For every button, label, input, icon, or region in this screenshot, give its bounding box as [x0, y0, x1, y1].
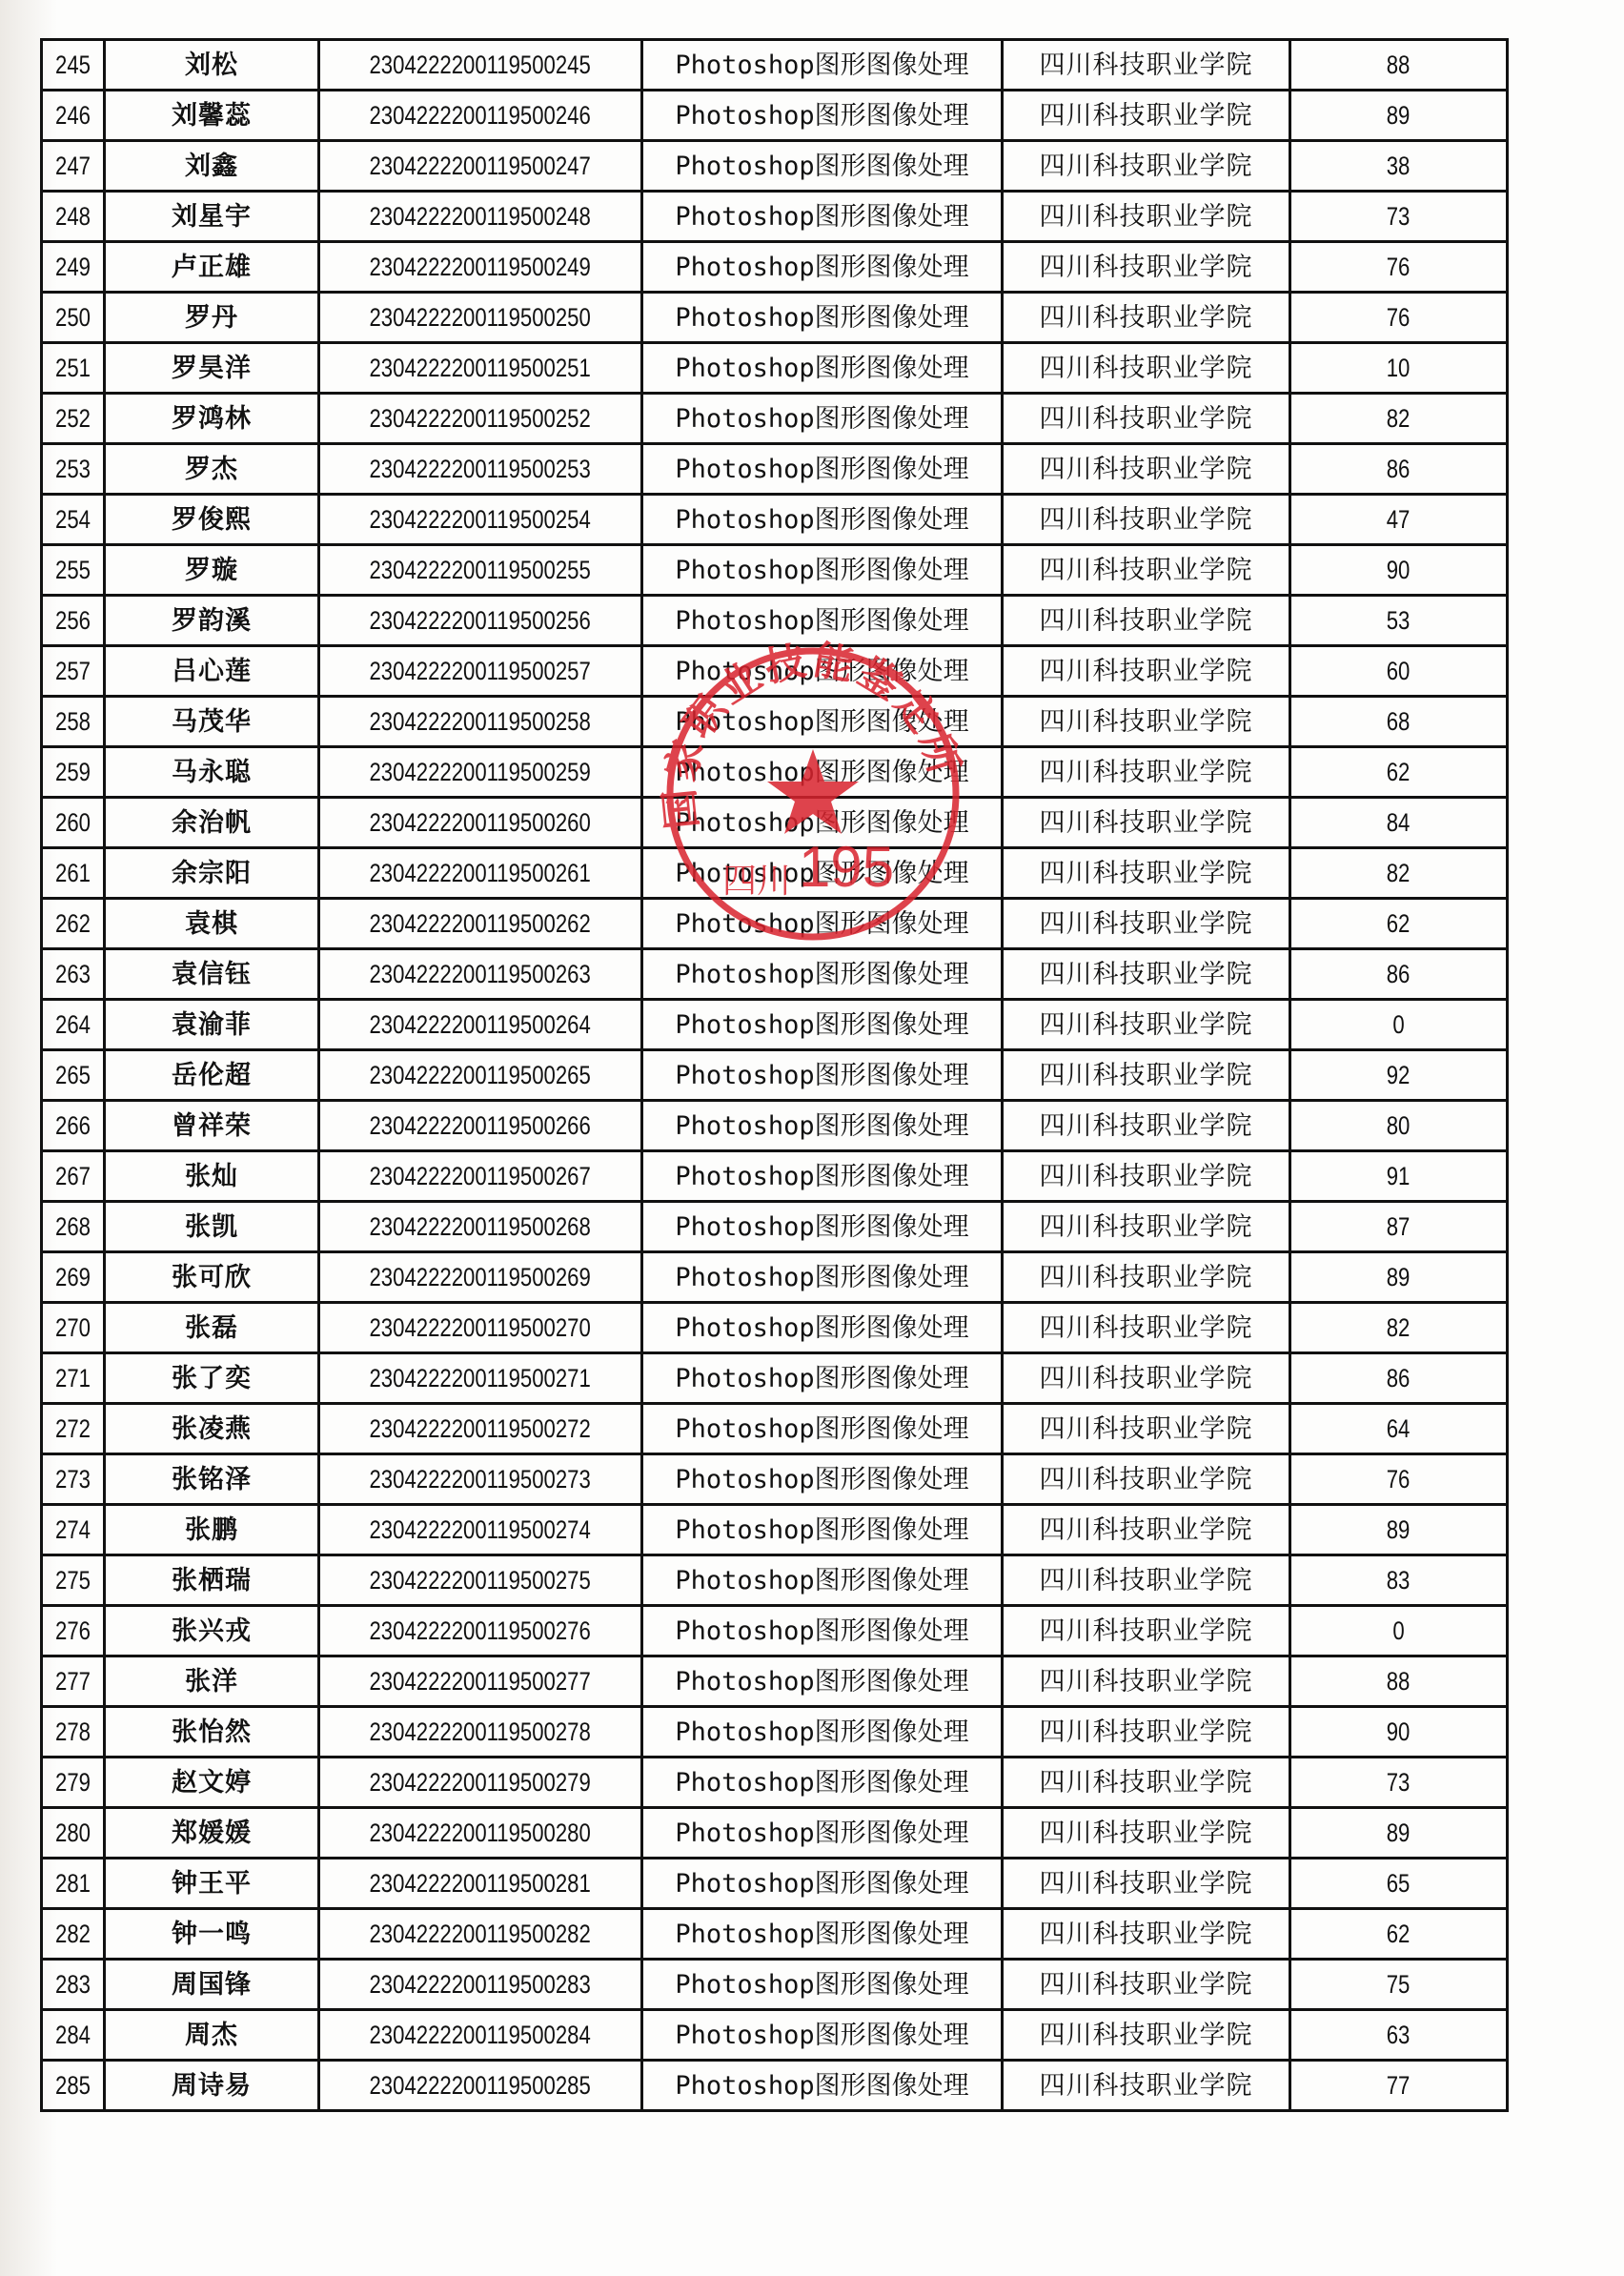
ticket-number-cell-text: 2304222200119500247	[370, 153, 591, 179]
ticket-number-cell-text: 2304222200119500264	[370, 1012, 591, 1038]
seq-cell: 259	[42, 747, 105, 798]
school-cell: 四川科技职业学院	[1003, 1252, 1290, 1303]
seq-cell-text: 261	[55, 861, 91, 886]
seq-cell: 260	[42, 798, 105, 848]
seq-cell-text: 246	[55, 103, 91, 129]
score-cell: 75	[1290, 1960, 1508, 2010]
ticket-number-cell: 2304222200119500256	[319, 596, 642, 646]
ticket-number-cell-text: 2304222200119500270	[370, 1315, 591, 1341]
score-cell: 38	[1290, 141, 1508, 192]
table-row: 277张洋2304222200119500277Photoshop图形图像处理四…	[42, 1656, 1508, 1707]
name-cell: 罗昊洋	[105, 343, 319, 394]
seq-cell-text: 248	[55, 204, 91, 230]
course-cell: Photoshop图形图像处理	[642, 1151, 1003, 1202]
score-cell: 62	[1290, 747, 1508, 798]
course-cell: Photoshop图形图像处理	[642, 1909, 1003, 1960]
seq-cell-text: 263	[55, 962, 91, 987]
score-cell-text: 64	[1387, 1416, 1411, 1442]
course-cell: Photoshop图形图像处理	[642, 1707, 1003, 1758]
seq-cell: 258	[42, 697, 105, 747]
score-cell: 89	[1290, 91, 1508, 141]
school-cell: 四川科技职业学院	[1003, 394, 1290, 444]
table-row: 269张可欣2304222200119500269Photoshop图形图像处理…	[42, 1252, 1508, 1303]
score-cell-text: 0	[1392, 1012, 1404, 1038]
score-cell-text: 76	[1387, 254, 1411, 280]
table-row: 248刘星宇2304222200119500248Photoshop图形图像处理…	[42, 192, 1508, 242]
ticket-number-cell-text: 2304222200119500283	[370, 1972, 591, 1998]
ticket-number-cell-text: 2304222200119500274	[370, 1517, 591, 1543]
table-row: 284周杰2304222200119500284Photoshop图形图像处理四…	[42, 2010, 1508, 2061]
school-cell: 四川科技职业学院	[1003, 1555, 1290, 1606]
seq-cell-text: 265	[55, 1063, 91, 1088]
ticket-number-cell-text: 2304222200119500276	[370, 1618, 591, 1644]
ticket-number-cell-text: 2304222200119500273	[370, 1467, 591, 1493]
name-cell: 罗丹	[105, 293, 319, 343]
name-cell: 张怡然	[105, 1707, 319, 1758]
score-cell: 76	[1290, 242, 1508, 293]
score-cell-text: 62	[1387, 911, 1411, 937]
table-row: 268张凯2304222200119500268Photoshop图形图像处理四…	[42, 1202, 1508, 1252]
seq-cell-text: 272	[55, 1416, 91, 1442]
seq-cell: 265	[42, 1050, 105, 1101]
course-cell: Photoshop图形图像处理	[642, 1101, 1003, 1151]
course-cell: Photoshop图形图像处理	[642, 646, 1003, 697]
score-cell-text: 73	[1387, 204, 1411, 230]
score-cell-text: 82	[1387, 861, 1411, 886]
school-cell: 四川科技职业学院	[1003, 1202, 1290, 1252]
name-cell: 袁渝菲	[105, 1000, 319, 1050]
ticket-number-cell-text: 2304222200119500252	[370, 406, 591, 432]
school-cell: 四川科技职业学院	[1003, 1404, 1290, 1454]
seq-cell: 272	[42, 1404, 105, 1454]
table-row: 264袁渝菲2304222200119500264Photoshop图形图像处理…	[42, 1000, 1508, 1050]
ticket-number-cell: 2304222200119500263	[319, 949, 642, 1000]
score-cell-text: 68	[1387, 709, 1411, 735]
seq-cell: 279	[42, 1758, 105, 1808]
course-cell: Photoshop图形图像处理	[642, 40, 1003, 91]
score-cell-text: 82	[1387, 406, 1411, 432]
table-row: 280郑媛媛2304222200119500280Photoshop图形图像处理…	[42, 1808, 1508, 1859]
ticket-number-cell: 2304222200119500258	[319, 697, 642, 747]
ticket-number-cell: 2304222200119500261	[319, 848, 642, 899]
ticket-number-cell-text: 2304222200119500267	[370, 1164, 591, 1189]
name-cell: 张灿	[105, 1151, 319, 1202]
table-row: 265岳伦超2304222200119500265Photoshop图形图像处理…	[42, 1050, 1508, 1101]
seq-cell-text: 269	[55, 1265, 91, 1290]
ticket-number-cell-text: 2304222200119500285	[370, 2073, 591, 2099]
score-cell: 0	[1290, 1000, 1508, 1050]
seq-cell-text: 281	[55, 1871, 91, 1897]
school-cell: 四川科技职业学院	[1003, 141, 1290, 192]
ticket-number-cell: 2304222200119500254	[319, 495, 642, 545]
seq-cell-text: 251	[55, 356, 91, 381]
score-cell: 65	[1290, 1859, 1508, 1909]
table-row: 259马永聪2304222200119500259Photoshop图形图像处理…	[42, 747, 1508, 798]
name-cell: 张了奕	[105, 1353, 319, 1404]
score-cell-text: 89	[1387, 103, 1411, 129]
table-row: 285周诗易2304222200119500285Photoshop图形图像处理…	[42, 2061, 1508, 2111]
score-cell: 47	[1290, 495, 1508, 545]
seq-cell-text: 264	[55, 1012, 91, 1038]
score-cell: 83	[1290, 1555, 1508, 1606]
school-cell: 四川科技职业学院	[1003, 545, 1290, 596]
ticket-number-cell-text: 2304222200119500257	[370, 659, 591, 684]
course-cell: Photoshop图形图像处理	[642, 444, 1003, 495]
course-cell: Photoshop图形图像处理	[642, 343, 1003, 394]
school-cell: 四川科技职业学院	[1003, 1909, 1290, 1960]
ticket-number-cell: 2304222200119500278	[319, 1707, 642, 1758]
ticket-number-cell: 2304222200119500269	[319, 1252, 642, 1303]
score-cell-text: 86	[1387, 1366, 1411, 1392]
ticket-number-cell: 2304222200119500249	[319, 242, 642, 293]
score-cell: 90	[1290, 1707, 1508, 1758]
table-row: 255罗璇2304222200119500255Photoshop图形图像处理四…	[42, 545, 1508, 596]
ticket-number-cell-text: 2304222200119500275	[370, 1568, 591, 1594]
name-cell: 周国锋	[105, 1960, 319, 2010]
course-cell: Photoshop图形图像处理	[642, 293, 1003, 343]
school-cell: 四川科技职业学院	[1003, 1505, 1290, 1555]
course-cell: Photoshop图形图像处理	[642, 1859, 1003, 1909]
score-cell-text: 80	[1387, 1113, 1411, 1139]
seq-cell-text: 250	[55, 305, 91, 331]
ticket-number-cell-text: 2304222200119500266	[370, 1113, 591, 1139]
course-cell: Photoshop图形图像处理	[642, 1808, 1003, 1859]
seq-cell: 273	[42, 1454, 105, 1505]
seq-cell: 255	[42, 545, 105, 596]
ticket-number-cell: 2304222200119500273	[319, 1454, 642, 1505]
school-cell: 四川科技职业学院	[1003, 1758, 1290, 1808]
score-cell: 86	[1290, 949, 1508, 1000]
table-row: 283周国锋2304222200119500283Photoshop图形图像处理…	[42, 1960, 1508, 2010]
table-row: 263袁信钰2304222200119500263Photoshop图形图像处理…	[42, 949, 1508, 1000]
course-cell: Photoshop图形图像处理	[642, 1606, 1003, 1656]
school-cell: 四川科技职业学院	[1003, 293, 1290, 343]
name-cell: 张铭泽	[105, 1454, 319, 1505]
score-cell: 89	[1290, 1252, 1508, 1303]
name-cell: 余宗阳	[105, 848, 319, 899]
name-cell: 张可欣	[105, 1252, 319, 1303]
ticket-number-cell-text: 2304222200119500263	[370, 962, 591, 987]
seq-cell: 264	[42, 1000, 105, 1050]
name-cell: 袁信钰	[105, 949, 319, 1000]
seq-cell-text: 259	[55, 760, 91, 785]
name-cell: 马茂华	[105, 697, 319, 747]
score-cell-text: 77	[1387, 2073, 1411, 2099]
seq-cell: 253	[42, 444, 105, 495]
score-cell-text: 75	[1387, 1972, 1411, 1998]
school-cell: 四川科技职业学院	[1003, 949, 1290, 1000]
school-cell: 四川科技职业学院	[1003, 1050, 1290, 1101]
table-row: 262袁棋2304222200119500262Photoshop图形图像处理四…	[42, 899, 1508, 949]
score-cell: 88	[1290, 1656, 1508, 1707]
score-cell-text: 53	[1387, 608, 1411, 634]
ticket-number-cell-text: 2304222200119500262	[370, 911, 591, 937]
score-cell: 76	[1290, 1454, 1508, 1505]
seq-cell-text: 268	[55, 1214, 91, 1240]
school-cell: 四川科技职业学院	[1003, 1707, 1290, 1758]
score-cell: 77	[1290, 2061, 1508, 2111]
name-cell: 张栖瑞	[105, 1555, 319, 1606]
school-cell: 四川科技职业学院	[1003, 444, 1290, 495]
ticket-number-cell-text: 2304222200119500279	[370, 1770, 591, 1796]
table-row: 271张了奕2304222200119500271Photoshop图形图像处理…	[42, 1353, 1508, 1404]
table-row: 278张怡然2304222200119500278Photoshop图形图像处理…	[42, 1707, 1508, 1758]
seq-cell-text: 284	[55, 2022, 91, 2048]
seq-cell-text: 274	[55, 1517, 91, 1543]
seq-cell-text: 275	[55, 1568, 91, 1594]
score-cell: 80	[1290, 1101, 1508, 1151]
seq-cell-text: 270	[55, 1315, 91, 1341]
course-cell: Photoshop图形图像处理	[642, 394, 1003, 444]
seq-cell: 266	[42, 1101, 105, 1151]
score-cell: 82	[1290, 394, 1508, 444]
seq-cell: 280	[42, 1808, 105, 1859]
score-cell-text: 0	[1392, 1618, 1404, 1644]
seq-cell-text: 260	[55, 810, 91, 836]
school-cell: 四川科技职业学院	[1003, 646, 1290, 697]
ticket-number-cell: 2304222200119500270	[319, 1303, 642, 1353]
seq-cell: 256	[42, 596, 105, 646]
seq-cell: 250	[42, 293, 105, 343]
ticket-number-cell-text: 2304222200119500268	[370, 1214, 591, 1240]
ticket-number-cell: 2304222200119500268	[319, 1202, 642, 1252]
ticket-number-cell-text: 2304222200119500269	[370, 1265, 591, 1290]
table-row: 261余宗阳2304222200119500261Photoshop图形图像处理…	[42, 848, 1508, 899]
name-cell: 张洋	[105, 1656, 319, 1707]
school-cell: 四川科技职业学院	[1003, 798, 1290, 848]
course-cell: Photoshop图形图像处理	[642, 1656, 1003, 1707]
score-cell: 87	[1290, 1202, 1508, 1252]
seq-cell-text: 257	[55, 659, 91, 684]
ticket-number-cell-text: 2304222200119500265	[370, 1063, 591, 1088]
score-cell: 82	[1290, 1303, 1508, 1353]
school-cell: 四川科技职业学院	[1003, 1859, 1290, 1909]
name-cell: 罗璇	[105, 545, 319, 596]
school-cell: 四川科技职业学院	[1003, 91, 1290, 141]
seq-cell: 275	[42, 1555, 105, 1606]
seq-cell: 278	[42, 1707, 105, 1758]
ticket-number-cell-text: 2304222200119500245	[370, 52, 591, 78]
course-cell: Photoshop图形图像处理	[642, 2061, 1003, 2111]
course-cell: Photoshop图形图像处理	[642, 899, 1003, 949]
score-cell: 73	[1290, 1758, 1508, 1808]
course-cell: Photoshop图形图像处理	[642, 1050, 1003, 1101]
score-cell-text: 63	[1387, 2022, 1411, 2048]
table-row: 260余治帆2304222200119500260Photoshop图形图像处理…	[42, 798, 1508, 848]
school-cell: 四川科技职业学院	[1003, 1960, 1290, 2010]
name-cell: 钟王平	[105, 1859, 319, 1909]
score-cell: 84	[1290, 798, 1508, 848]
score-cell-text: 87	[1387, 1214, 1411, 1240]
score-cell-text: 91	[1387, 1164, 1411, 1189]
score-cell: 89	[1290, 1808, 1508, 1859]
school-cell: 四川科技职业学院	[1003, 40, 1290, 91]
ticket-number-cell: 2304222200119500260	[319, 798, 642, 848]
seq-cell-text: 273	[55, 1467, 91, 1493]
school-cell: 四川科技职业学院	[1003, 1101, 1290, 1151]
seq-cell: 263	[42, 949, 105, 1000]
score-cell-text: 73	[1387, 1770, 1411, 1796]
ticket-number-cell-text: 2304222200119500260	[370, 810, 591, 836]
score-cell: 82	[1290, 848, 1508, 899]
table-row: 252罗鸿林2304222200119500252Photoshop图形图像处理…	[42, 394, 1508, 444]
ticket-number-cell-text: 2304222200119500261	[370, 861, 591, 886]
ticket-number-cell-text: 2304222200119500281	[370, 1871, 591, 1897]
score-cell-text: 92	[1387, 1063, 1411, 1088]
score-cell: 73	[1290, 192, 1508, 242]
course-cell: Photoshop图形图像处理	[642, 1758, 1003, 1808]
seq-cell: 245	[42, 40, 105, 91]
table-row: 272张凌燕2304222200119500272Photoshop图形图像处理…	[42, 1404, 1508, 1454]
ticket-number-cell: 2304222200119500285	[319, 2061, 642, 2111]
score-cell: 88	[1290, 40, 1508, 91]
score-cell-text: 60	[1387, 659, 1411, 684]
score-cell-text: 88	[1387, 52, 1411, 78]
seq-cell: 270	[42, 1303, 105, 1353]
ticket-number-cell: 2304222200119500281	[319, 1859, 642, 1909]
seq-cell-text: 255	[55, 558, 91, 583]
ticket-number-cell: 2304222200119500284	[319, 2010, 642, 2061]
seq-cell-text: 267	[55, 1164, 91, 1189]
school-cell: 四川科技职业学院	[1003, 747, 1290, 798]
score-cell: 0	[1290, 1606, 1508, 1656]
ticket-number-cell: 2304222200119500264	[319, 1000, 642, 1050]
seq-cell-text: 271	[55, 1366, 91, 1392]
name-cell: 马永聪	[105, 747, 319, 798]
table-row: 258马茂华2304222200119500258Photoshop图形图像处理…	[42, 697, 1508, 747]
table-row: 254罗俊熙2304222200119500254Photoshop图形图像处理…	[42, 495, 1508, 545]
seq-cell-text: 277	[55, 1669, 91, 1695]
seq-cell-text: 283	[55, 1972, 91, 1998]
course-cell: Photoshop图形图像处理	[642, 1454, 1003, 1505]
ticket-number-cell: 2304222200119500259	[319, 747, 642, 798]
seq-cell-text: 252	[55, 406, 91, 432]
score-cell-text: 88	[1387, 1669, 1411, 1695]
seq-cell-text: 278	[55, 1719, 91, 1745]
name-cell: 钟一鸣	[105, 1909, 319, 1960]
course-cell: Photoshop图形图像处理	[642, 1505, 1003, 1555]
score-cell-text: 90	[1387, 1719, 1411, 1745]
table-row: 281钟王平2304222200119500281Photoshop图形图像处理…	[42, 1859, 1508, 1909]
seq-cell: 268	[42, 1202, 105, 1252]
course-cell: Photoshop图形图像处理	[642, 1252, 1003, 1303]
course-cell: Photoshop图形图像处理	[642, 141, 1003, 192]
ticket-number-cell: 2304222200119500277	[319, 1656, 642, 1707]
school-cell: 四川科技职业学院	[1003, 1808, 1290, 1859]
ticket-number-cell-text: 2304222200119500258	[370, 709, 591, 735]
name-cell: 张鹏	[105, 1505, 319, 1555]
ticket-number-cell: 2304222200119500250	[319, 293, 642, 343]
seq-cell: 283	[42, 1960, 105, 2010]
seq-cell: 274	[42, 1505, 105, 1555]
school-cell: 四川科技职业学院	[1003, 343, 1290, 394]
school-cell: 四川科技职业学院	[1003, 899, 1290, 949]
name-cell: 曾祥荣	[105, 1101, 319, 1151]
table-row: 253罗杰2304222200119500253Photoshop图形图像处理四…	[42, 444, 1508, 495]
score-cell: 10	[1290, 343, 1508, 394]
table-row: 247刘鑫2304222200119500247Photoshop图形图像处理四…	[42, 141, 1508, 192]
score-cell: 92	[1290, 1050, 1508, 1101]
ticket-number-cell: 2304222200119500266	[319, 1101, 642, 1151]
seq-cell-text: 285	[55, 2073, 91, 2099]
score-table-body: 245刘松2304222200119500245Photoshop图形图像处理四…	[42, 40, 1508, 2111]
name-cell: 周杰	[105, 2010, 319, 2061]
school-cell: 四川科技职业学院	[1003, 1454, 1290, 1505]
ticket-number-cell: 2304222200119500275	[319, 1555, 642, 1606]
ticket-number-cell: 2304222200119500271	[319, 1353, 642, 1404]
score-cell: 86	[1290, 444, 1508, 495]
score-cell-text: 62	[1387, 760, 1411, 785]
seq-cell-text: 262	[55, 911, 91, 937]
score-cell-text: 86	[1387, 962, 1411, 987]
seq-cell: 249	[42, 242, 105, 293]
table-row: 270张磊2304222200119500270Photoshop图形图像处理四…	[42, 1303, 1508, 1353]
score-cell: 63	[1290, 2010, 1508, 2061]
name-cell: 刘馨蕊	[105, 91, 319, 141]
course-cell: Photoshop图形图像处理	[642, 1202, 1003, 1252]
score-cell-text: 84	[1387, 810, 1411, 836]
ticket-number-cell: 2304222200119500257	[319, 646, 642, 697]
course-cell: Photoshop图形图像处理	[642, 1353, 1003, 1404]
ticket-number-cell-text: 2304222200119500256	[370, 608, 591, 634]
name-cell: 吕心莲	[105, 646, 319, 697]
school-cell: 四川科技职业学院	[1003, 192, 1290, 242]
school-cell: 四川科技职业学院	[1003, 1353, 1290, 1404]
seq-cell-text: 266	[55, 1113, 91, 1139]
name-cell: 张凌燕	[105, 1404, 319, 1454]
course-cell: Photoshop图形图像处理	[642, 848, 1003, 899]
course-cell: Photoshop图形图像处理	[642, 242, 1003, 293]
school-cell: 四川科技职业学院	[1003, 848, 1290, 899]
ticket-number-cell: 2304222200119500252	[319, 394, 642, 444]
seq-cell: 277	[42, 1656, 105, 1707]
ticket-number-cell: 2304222200119500272	[319, 1404, 642, 1454]
course-cell: Photoshop图形图像处理	[642, 1404, 1003, 1454]
score-cell: 90	[1290, 545, 1508, 596]
score-cell: 62	[1290, 1909, 1508, 1960]
ticket-number-cell: 2304222200119500276	[319, 1606, 642, 1656]
ticket-number-cell: 2304222200119500251	[319, 343, 642, 394]
course-cell: Photoshop图形图像处理	[642, 1960, 1003, 2010]
ticket-number-cell-text: 2304222200119500259	[370, 760, 591, 785]
name-cell: 郑媛媛	[105, 1808, 319, 1859]
name-cell: 余治帆	[105, 798, 319, 848]
seq-cell: 284	[42, 2010, 105, 2061]
table-row: 267张灿2304222200119500267Photoshop图形图像处理四…	[42, 1151, 1508, 1202]
course-cell: Photoshop图形图像处理	[642, 596, 1003, 646]
course-cell: Photoshop图形图像处理	[642, 91, 1003, 141]
score-cell: 86	[1290, 1353, 1508, 1404]
table-row: 279赵文婷2304222200119500279Photoshop图形图像处理…	[42, 1758, 1508, 1808]
ticket-number-cell-text: 2304222200119500284	[370, 2022, 591, 2048]
school-cell: 四川科技职业学院	[1003, 242, 1290, 293]
ticket-number-cell-text: 2304222200119500249	[370, 254, 591, 280]
ticket-number-cell-text: 2304222200119500280	[370, 1820, 591, 1846]
seq-cell: 262	[42, 899, 105, 949]
ticket-number-cell-text: 2304222200119500246	[370, 103, 591, 129]
score-table: 245刘松2304222200119500245Photoshop图形图像处理四…	[40, 38, 1509, 2112]
name-cell: 罗鸿林	[105, 394, 319, 444]
ticket-number-cell-text: 2304222200119500272	[370, 1416, 591, 1442]
course-cell: Photoshop图形图像处理	[642, 1000, 1003, 1050]
ticket-number-cell: 2304222200119500255	[319, 545, 642, 596]
name-cell: 刘松	[105, 40, 319, 91]
table-row: 250罗丹2304222200119500250Photoshop图形图像处理四…	[42, 293, 1508, 343]
table-row: 256罗韵溪2304222200119500256Photoshop图形图像处理…	[42, 596, 1508, 646]
seq-cell: 267	[42, 1151, 105, 1202]
school-cell: 四川科技职业学院	[1003, 596, 1290, 646]
name-cell: 岳伦超	[105, 1050, 319, 1101]
